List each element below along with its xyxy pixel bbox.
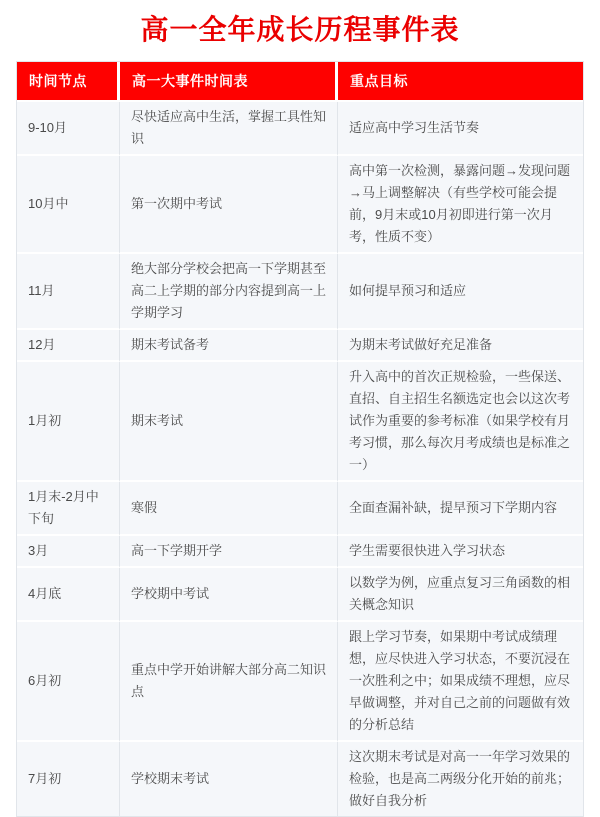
growth-timeline-table: 时间节点 高一大事件时间表 重点目标 9-10月尽快适应高中生活，掌握工具性知识… [17, 62, 583, 816]
cell-time: 11月 [17, 254, 120, 330]
table-row: 11月绝大部分学校会把高一下学期甚至高二上学期的部分内容提到高一上学期学习如何提… [17, 254, 583, 330]
table-row: 12月期末考试备考为期末考试做好充足准备 [17, 330, 583, 362]
table-header: 时间节点 高一大事件时间表 重点目标 [17, 62, 583, 102]
table-body: 9-10月尽快适应高中生活，掌握工具性知识适应高中学习生活节奏10月中第一次期中… [17, 102, 583, 816]
cell-time: 10月中 [17, 156, 120, 254]
cell-goal: 学生需要很快进入学习状态 [338, 536, 583, 568]
cell-goal: 如何提早预习和适应 [338, 254, 583, 330]
cell-event: 学校期末考试 [120, 742, 338, 816]
table-row: 1月末-2月中下旬寒假全面查漏补缺，提早预习下学期内容 [17, 482, 583, 536]
table-row: 6月初重点中学开始讲解大部分高二知识点跟上学习节奏，如果期中考试成绩理想，应尽快… [17, 622, 583, 742]
cell-event: 高一下学期开学 [120, 536, 338, 568]
cell-time: 7月初 [17, 742, 120, 816]
cell-time: 4月底 [17, 568, 120, 622]
cell-goal: 全面查漏补缺，提早预习下学期内容 [338, 482, 583, 536]
table-row: 7月初学校期末考试这次期末考试是对高一一年学习效果的检验，也是高二两级分化开始的… [17, 742, 583, 816]
page-title: 高一全年成长历程事件表 [0, 8, 600, 48]
page: 高一全年成长历程事件表 时间节点 高一大事件时间表 重点目标 9-10月尽快适应… [0, 0, 600, 817]
cell-goal: 升入高中的首次正规检验，一些保送、直招、自主招生名额选定也会以这次考试作为重要的… [338, 362, 583, 482]
cell-goal: 跟上学习节奏，如果期中考试成绩理想，应尽快进入学习状态，不要沉浸在一次胜利之中；… [338, 622, 583, 742]
cell-event: 寒假 [120, 482, 338, 536]
cell-goal: 这次期末考试是对高一一年学习效果的检验，也是高二两级分化开始的前兆；做好自我分析 [338, 742, 583, 816]
cell-time: 1月初 [17, 362, 120, 482]
cell-event: 尽快适应高中生活，掌握工具性知识 [120, 102, 338, 156]
cell-time: 1月末-2月中下旬 [17, 482, 120, 536]
table-row: 4月底学校期中考试以数学为例，应重点复习三角函数的相关概念知识 [17, 568, 583, 622]
cell-event: 绝大部分学校会把高一下学期甚至高二上学期的部分内容提到高一上学期学习 [120, 254, 338, 330]
cell-event: 期末考试备考 [120, 330, 338, 362]
cell-event: 期末考试 [120, 362, 338, 482]
cell-goal: 为期末考试做好充足准备 [338, 330, 583, 362]
cell-time: 12月 [17, 330, 120, 362]
cell-time: 3月 [17, 536, 120, 568]
cell-event: 第一次期中考试 [120, 156, 338, 254]
cell-event: 学校期中考试 [120, 568, 338, 622]
table-row: 3月高一下学期开学学生需要很快进入学习状态 [17, 536, 583, 568]
cell-event: 重点中学开始讲解大部分高二知识点 [120, 622, 338, 742]
table-row: 1月初期末考试升入高中的首次正规检验，一些保送、直招、自主招生名额选定也会以这次… [17, 362, 583, 482]
cell-goal: 以数学为例，应重点复习三角函数的相关概念知识 [338, 568, 583, 622]
header-cell-event: 高一大事件时间表 [120, 62, 338, 102]
cell-time: 6月初 [17, 622, 120, 742]
events-table: 时间节点 高一大事件时间表 重点目标 9-10月尽快适应高中生活，掌握工具性知识… [16, 61, 584, 817]
table-row: 10月中第一次期中考试高中第一次检测，暴露问题→发现问题→马上调整解决（有些学校… [17, 156, 583, 254]
cell-goal: 适应高中学习生活节奏 [338, 102, 583, 156]
header-row: 时间节点 高一大事件时间表 重点目标 [17, 62, 583, 102]
cell-goal: 高中第一次检测，暴露问题→发现问题→马上调整解决（有些学校可能会提前，9月末或1… [338, 156, 583, 254]
header-cell-time: 时间节点 [17, 62, 120, 102]
cell-time: 9-10月 [17, 102, 120, 156]
table-row: 9-10月尽快适应高中生活，掌握工具性知识适应高中学习生活节奏 [17, 102, 583, 156]
header-cell-goal: 重点目标 [338, 62, 583, 102]
